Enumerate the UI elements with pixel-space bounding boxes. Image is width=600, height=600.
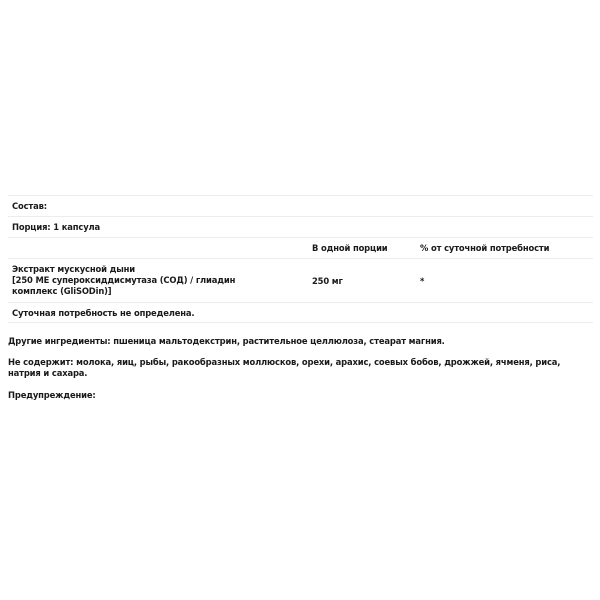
ingredient-amount: 250 мг	[312, 276, 420, 286]
table-row: Экстракт мускусной дыни [250 МЕ суперокс…	[8, 258, 593, 302]
ingredient-name-line: Экстракт мускусной дыни	[12, 264, 312, 275]
supplement-facts-table: Состав: Порция: 1 капсула В одной порции…	[8, 195, 593, 323]
other-ingredients: Другие ингредиенты: пшеница мальтодекстр…	[8, 336, 593, 347]
allergen-free-statement: Не содержит: молока, яиц, рыбы, ракообра…	[8, 357, 593, 379]
ingredient-name-line: комплекс (GliSODin)]	[12, 286, 312, 297]
ingredient-daily-value: *	[420, 276, 593, 286]
table-title-row: Состав:	[8, 195, 593, 216]
ingredient-name-line: [250 МЕ супероксиддисмутаза (СОД) / глиа…	[12, 275, 312, 286]
header-daily-value: % от суточной потребности	[420, 243, 593, 253]
ingredient-name: Экстракт мускусной дыни [250 МЕ суперокс…	[12, 264, 312, 297]
serving-size: Порция: 1 капсула	[12, 222, 100, 232]
header-amount: В одной порции	[312, 243, 420, 253]
serving-size-row: Порция: 1 капсула	[8, 216, 593, 237]
footnote: Суточная потребность не определена.	[12, 308, 194, 318]
table-header-row: В одной порции % от суточной потребности	[8, 237, 593, 258]
table-title: Состав:	[12, 201, 47, 211]
footnote-row: Суточная потребность не определена.	[8, 302, 593, 323]
warning-heading: Предупреждение:	[8, 390, 593, 401]
